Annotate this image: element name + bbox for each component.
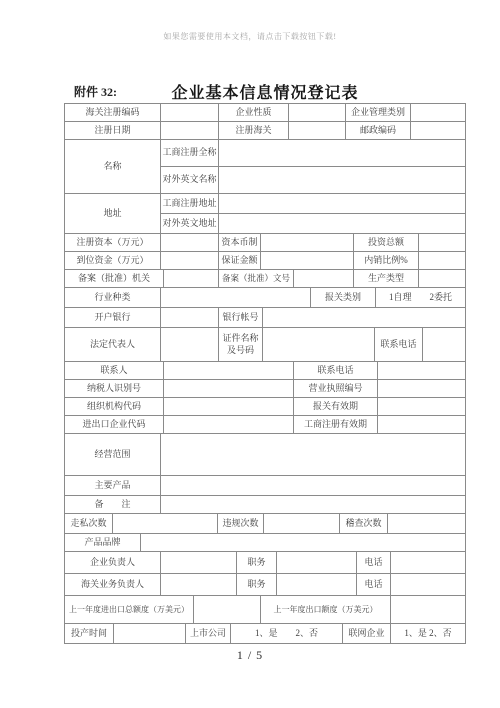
field-label: 上一年度进出口总额度（万美元） (65, 596, 194, 624)
table-row: 注册资本（万元）资本币制投资总额 (65, 234, 466, 252)
field-cell (164, 362, 294, 380)
field-label: 进出口企业代码 (65, 416, 164, 434)
field-cell (161, 552, 237, 574)
field-label: 上市公司 (186, 624, 231, 644)
field-label: 备案（批准）机关 (65, 270, 164, 288)
field-label: 地址 (65, 194, 161, 234)
field-cell (391, 596, 466, 624)
field-cell (277, 552, 357, 574)
field-label: 1、是 2、否 (391, 624, 466, 644)
field-cell (164, 398, 294, 416)
field-label: 联系人 (65, 362, 164, 380)
table-row: 组织机构代码报关有效期 (65, 398, 466, 416)
field-cell (161, 308, 219, 328)
field-cell (261, 252, 354, 270)
doc-title: 企业基本信息情况登记表 (64, 80, 466, 103)
field-label: 营业执照编号 (294, 380, 378, 398)
table-row: 备案（批准）机关备案（批准）文号生产类型 (65, 270, 466, 288)
field-label: 生产类型 (354, 270, 419, 288)
field-label: 注册资本（万元） (65, 234, 161, 252)
field-cell (161, 252, 219, 270)
field-label: 名称 (65, 140, 161, 194)
field-cell (161, 496, 466, 514)
table-row: 开户银行银行帐号 (65, 308, 466, 328)
table-row: 联系人联系电话 (65, 362, 466, 380)
field-label: 职务 (237, 574, 277, 596)
table-row: 产品品牌 (65, 534, 466, 552)
row-group: 工商注册全称对外英文名称 (161, 140, 466, 194)
doc-header: 附件 32: 企业基本信息情况登记表 (64, 80, 466, 100)
field-label: 投资总额 (354, 234, 419, 252)
table-row: 到位资金（万元）保证金额内销比例% (65, 252, 466, 270)
field-label: 纳税人识别号 (65, 380, 164, 398)
field-label: 企业负责人 (65, 552, 161, 574)
field-label: 注册海关 (219, 122, 289, 140)
field-cell (419, 270, 466, 288)
field-cell (219, 167, 466, 194)
field-label: 上一年度出口额度（万美元） (261, 596, 391, 624)
field-label: 海关业务负责人 (65, 574, 161, 596)
field-cell (423, 328, 466, 362)
field-cell (194, 596, 261, 624)
field-label: 对外英文地址 (161, 214, 219, 234)
field-label: 职务 (237, 552, 277, 574)
field-cell (161, 288, 311, 308)
table-subrow: 对外英文地址 (161, 214, 466, 234)
row-group: 工商注册地址对外英文地址 (161, 194, 466, 234)
field-label: 工商注册全称 (161, 140, 219, 167)
field-cell (411, 122, 466, 140)
field-label: 联系电话 (294, 362, 378, 380)
field-label: 资本币制 (219, 234, 261, 252)
table-row: 投产时间上市公司1、是 2、否联网企业1、是 2、否 (65, 624, 466, 644)
field-label: 工商注册有效期 (294, 416, 378, 434)
field-label: 经营范围 (65, 434, 161, 476)
field-cell (161, 434, 466, 476)
field-label: 走私次数 (65, 514, 113, 534)
field-cell (161, 234, 219, 252)
table-row: 名称工商注册全称对外英文名称 (65, 140, 466, 194)
field-label: 稽查次数 (340, 514, 388, 534)
field-label: 组织机构代码 (65, 398, 164, 416)
field-cell (289, 104, 346, 122)
field-label: 证件名称 及号码 (219, 328, 263, 362)
field-label: 电话 (357, 574, 391, 596)
table-row: 注册日期注册海关邮政编码 (65, 122, 466, 140)
field-cell (378, 380, 466, 398)
field-cell (113, 514, 218, 534)
field-label: 联网企业 (343, 624, 391, 644)
field-label: 违规次数 (218, 514, 264, 534)
field-label: 联系电话 (375, 328, 423, 362)
field-label: 企业管理类别 (346, 104, 411, 122)
page-number: 1 / 5 (0, 648, 500, 663)
attachment-label: 附件 32: (74, 83, 117, 100)
field-label: 海关注册编码 (65, 104, 161, 122)
table-row: 走私次数违规次数稽查次数 (65, 514, 466, 534)
field-label: 1、是 2、否 (231, 624, 343, 644)
field-cell (114, 624, 186, 644)
table-row: 海关业务负责人职务电话 (65, 574, 466, 596)
field-cell (219, 140, 466, 167)
field-label: 行业种类 (65, 288, 161, 308)
table-row: 经营范围 (65, 434, 466, 476)
field-label: 产品品牌 (65, 534, 141, 552)
field-cell (289, 122, 346, 140)
field-label: 注册日期 (65, 122, 161, 140)
field-label: 法定代表人 (65, 328, 161, 362)
field-cell (391, 552, 466, 574)
field-cell (164, 380, 294, 398)
field-cell (263, 308, 466, 328)
field-cell (219, 194, 466, 214)
registration-form-table: 海关注册编码企业性质企业管理类别注册日期注册海关邮政编码名称工商注册全称对外英文… (64, 103, 466, 644)
field-cell (161, 574, 237, 596)
field-cell (161, 122, 219, 140)
field-label: 对外英文名称 (161, 167, 219, 194)
doc-page: { "page": { "top_notice": "如果您需要使用本文档，请点… (0, 0, 500, 708)
table-row: 备 注 (65, 496, 466, 514)
field-label: 备案（批准）文号 (219, 270, 294, 288)
table-subrow: 对外英文名称 (161, 167, 466, 194)
field-label: 保证金额 (219, 252, 261, 270)
field-label: 银行帐号 (219, 308, 263, 328)
field-label: 开户银行 (65, 308, 161, 328)
field-cell (419, 252, 466, 270)
field-cell (164, 416, 294, 434)
table-row: 进出口企业代码工商注册有效期 (65, 416, 466, 434)
field-cell (388, 514, 466, 534)
field-label: 电话 (357, 552, 391, 574)
field-label: 投产时间 (65, 624, 114, 644)
field-label: 到位资金（万元） (65, 252, 161, 270)
field-cell (164, 270, 219, 288)
field-cell (264, 514, 340, 534)
field-cell (391, 574, 466, 596)
field-label: 报关有效期 (294, 398, 378, 416)
field-label: 主要产品 (65, 476, 161, 496)
field-label: 1自理 2委托 (376, 288, 466, 308)
field-cell (219, 214, 466, 234)
table-row: 法定代表人证件名称 及号码联系电话 (65, 328, 466, 362)
field-cell (411, 104, 466, 122)
field-cell (141, 534, 466, 552)
table-row: 海关注册编码企业性质企业管理类别 (65, 104, 466, 122)
table-row: 主要产品 (65, 476, 466, 496)
field-label: 企业性质 (219, 104, 289, 122)
field-cell (294, 270, 354, 288)
table-subrow: 工商注册地址 (161, 194, 466, 214)
field-label: 内销比例% (354, 252, 419, 270)
table-row: 地址工商注册地址对外英文地址 (65, 194, 466, 234)
download-notice: 如果您需要使用本文档，请点击下载按钮下载! (0, 31, 500, 42)
field-label: 备 注 (65, 496, 161, 514)
field-label: 报关类别 (311, 288, 376, 308)
field-label: 邮政编码 (346, 122, 411, 140)
field-cell (161, 104, 219, 122)
table-subrow: 工商注册全称 (161, 140, 466, 167)
field-cell (419, 234, 466, 252)
field-cell (378, 362, 466, 380)
table-row: 企业负责人职务电话 (65, 552, 466, 574)
field-cell (378, 416, 466, 434)
table-row: 纳税人识别号营业执照编号 (65, 380, 466, 398)
field-label: 工商注册地址 (161, 194, 219, 214)
field-cell (161, 476, 466, 496)
field-cell (277, 574, 357, 596)
table-row: 上一年度进出口总额度（万美元）上一年度出口额度（万美元） (65, 596, 466, 624)
field-cell (161, 328, 219, 362)
table-row: 行业种类报关类别1自理 2委托 (65, 288, 466, 308)
field-cell (263, 328, 375, 362)
field-cell (378, 398, 466, 416)
field-cell (261, 234, 354, 252)
